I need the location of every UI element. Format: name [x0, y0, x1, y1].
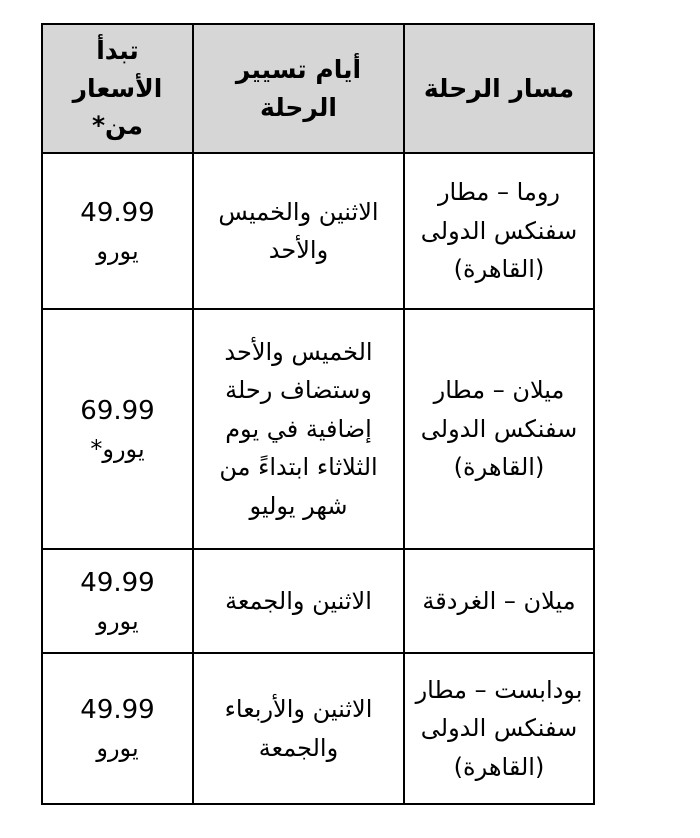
- page: مسار الرحلة أيام تسيير الرحلة تبدأ الأسع…: [0, 0, 700, 838]
- table-row: روما – مطار سفنكس الدولى (القاهرة) الاثن…: [42, 153, 594, 309]
- route-cell: روما – مطار سفنكس الدولى (القاهرة): [404, 153, 594, 309]
- price-cell: 49.99 يورو: [42, 549, 193, 653]
- days-column-header: أيام تسيير الرحلة: [193, 24, 404, 153]
- route-cell: بودابست – مطار سفنكس الدولى (القاهرة): [404, 653, 594, 804]
- days-cell: الاثنين والخميس والأحد: [193, 153, 404, 309]
- days-cell: الاثنين والجمعة: [193, 549, 404, 653]
- table-row: ميلان – الغردقة الاثنين والجمعة 49.99 يو…: [42, 549, 594, 653]
- days-cell: الاثنين والأربعاء والجمعة: [193, 653, 404, 804]
- price-amount: 49.99: [53, 564, 182, 603]
- days-cell: الخميس والأحد وستضاف رحلة إضافية في يوم …: [193, 309, 404, 549]
- price-cell: 69.99 يورو*: [42, 309, 193, 549]
- price-cell: 49.99 يورو: [42, 653, 193, 804]
- price-currency: يورو: [53, 603, 182, 639]
- price-amount: 49.99: [53, 691, 182, 730]
- flight-schedule-table: مسار الرحلة أيام تسيير الرحلة تبدأ الأسع…: [41, 23, 595, 805]
- route-column-header: مسار الرحلة: [404, 24, 594, 153]
- price-amount: 69.99: [53, 392, 182, 431]
- price-currency: يورو: [53, 730, 182, 766]
- price-amount: 49.99: [53, 194, 182, 233]
- table-row: ميلان – مطار سفنكس الدولى (القاهرة) الخم…: [42, 309, 594, 549]
- table-header-row: مسار الرحلة أيام تسيير الرحلة تبدأ الأسع…: [42, 24, 594, 153]
- route-cell: ميلان – الغردقة: [404, 549, 594, 653]
- route-cell: ميلان – مطار سفنكس الدولى (القاهرة): [404, 309, 594, 549]
- price-currency: يورو: [53, 233, 182, 269]
- table-row: بودابست – مطار سفنكس الدولى (القاهرة) ال…: [42, 653, 594, 804]
- price-column-header: تبدأ الأسعار من*: [42, 24, 193, 153]
- price-currency: يورو*: [53, 431, 182, 467]
- price-cell: 49.99 يورو: [42, 153, 193, 309]
